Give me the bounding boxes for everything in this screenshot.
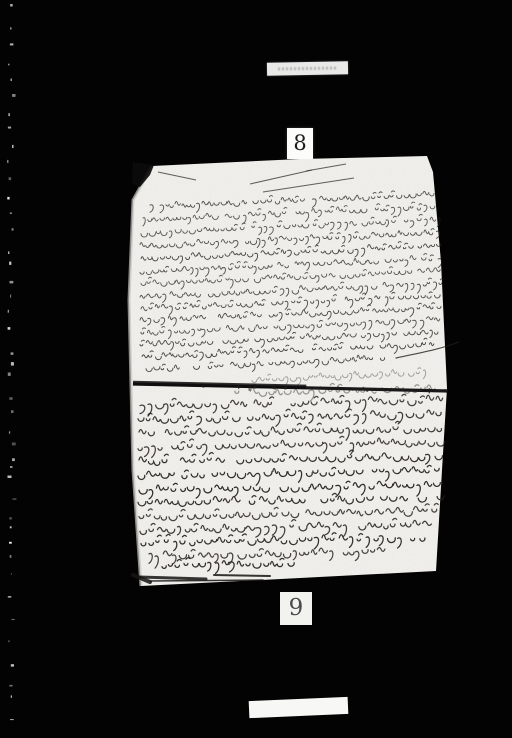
film-speck [7, 197, 9, 200]
film-speck [10, 281, 14, 284]
film-speck [12, 94, 15, 97]
crease-fuzz [249, 386, 251, 391]
film-speck [11, 573, 12, 574]
film-speck [10, 295, 11, 298]
archive-typed-label [267, 61, 348, 75]
film-speck [12, 458, 15, 461]
bottom-edge-streak [139, 577, 206, 579]
page-number-9: 9 [289, 597, 304, 620]
crease-fuzz [444, 389, 446, 392]
crease-fuzz [363, 387, 365, 390]
manuscript-scan [0, 0, 512, 738]
crease-fuzz [273, 386, 274, 390]
film-speck [9, 177, 12, 180]
film-speck [8, 596, 12, 598]
film-speck [10, 43, 14, 45]
film-speck [10, 27, 11, 29]
illegible-typed-text [278, 66, 336, 70]
film-speck [8, 64, 10, 66]
film-speck [11, 664, 14, 666]
microfilm-frame: 8 9 [0, 0, 512, 738]
page-number-8: 8 [293, 133, 306, 154]
film-speck [9, 431, 10, 433]
crease-fuzz [320, 386, 322, 389]
film-speck [9, 397, 12, 400]
film-speck [12, 443, 16, 446]
film-speck [9, 542, 12, 544]
film-speck [10, 4, 13, 7]
film-speck [8, 127, 11, 129]
bottom-edge-streak [150, 580, 263, 581]
film-speck [10, 719, 14, 720]
film-speck [10, 555, 12, 558]
film-speck [11, 695, 12, 697]
crease-fuzz [254, 384, 256, 389]
film-speck [7, 160, 8, 163]
film-speck [11, 619, 14, 620]
film-speck [8, 327, 11, 330]
film-speck [9, 113, 10, 116]
film-speck [12, 228, 14, 230]
crease-fuzz [284, 386, 287, 390]
page-number-tag-9: 9 [280, 592, 312, 625]
film-speck [12, 145, 13, 148]
film-edge-specks [7, 4, 16, 720]
film-speck [11, 352, 14, 354]
film-speck [8, 373, 11, 376]
film-speck [11, 410, 14, 413]
crease-fuzz [337, 386, 339, 390]
film-speck [11, 362, 14, 366]
film-speck [8, 251, 9, 254]
crease-fuzz [203, 384, 205, 389]
film-speck [11, 79, 12, 82]
bottom-edge-streak [214, 575, 270, 576]
film-speck [8, 476, 12, 479]
film-speck [13, 499, 17, 500]
film-speck [9, 262, 11, 265]
page-number-tag-8: 8 [287, 128, 313, 159]
crease-fuzz [429, 388, 430, 393]
film-speck [9, 517, 11, 519]
film-speck [9, 685, 12, 687]
crease-fuzz [274, 384, 276, 389]
film-speck [8, 640, 9, 642]
film-speck [10, 526, 12, 528]
film-speck [10, 213, 12, 214]
film-speck [8, 310, 9, 313]
film-speck [10, 466, 13, 467]
